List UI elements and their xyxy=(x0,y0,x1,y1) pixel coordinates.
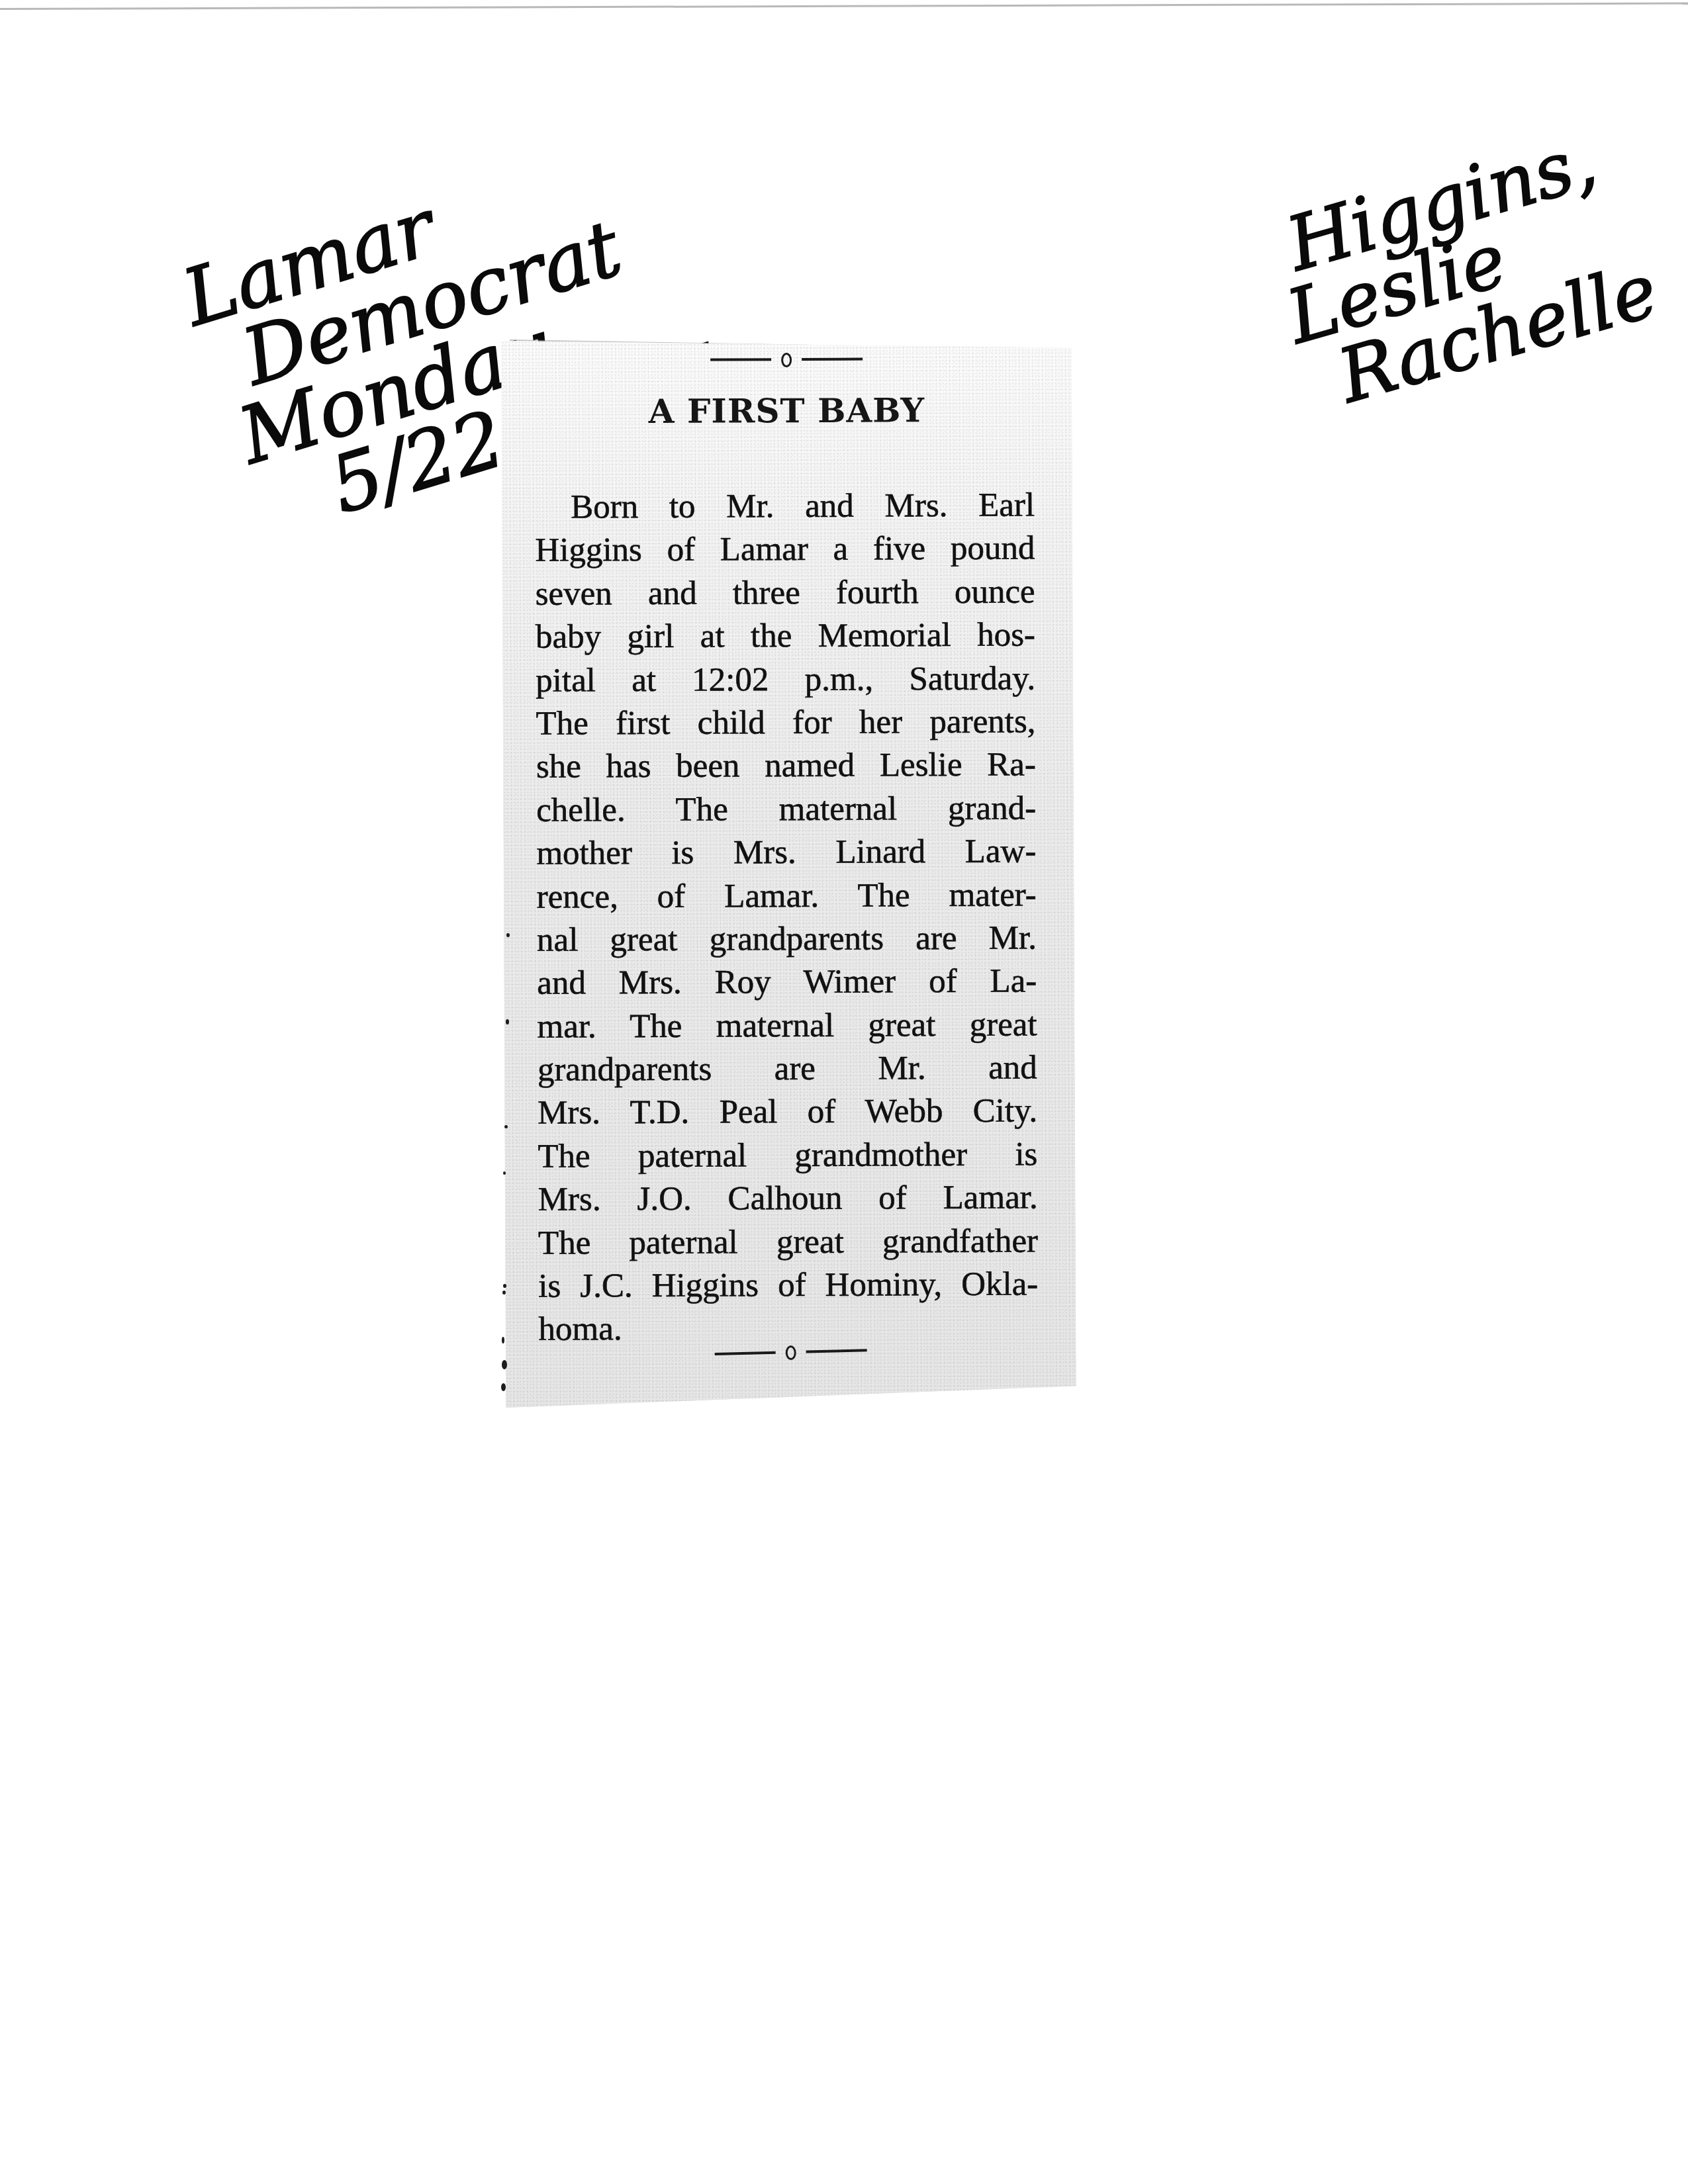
ink-speck xyxy=(503,1284,506,1288)
clipping-body-line: is J.C. Higgins of Hominy, Okla- xyxy=(538,1263,1038,1309)
clipping-body-line: The paternal great grandfather xyxy=(538,1220,1038,1265)
clipping-body-line: The paternal grandmother is xyxy=(538,1133,1037,1179)
newspaper-clipping: A FIRST BABY Born to Mr. and Mrs. EarlHi… xyxy=(501,338,1076,1408)
clipping-body-line: pital at 12:02 p.m., Saturday. xyxy=(536,657,1035,703)
clipping-body-line: Mrs. T.D. Peal of Webb City. xyxy=(538,1090,1037,1136)
handwritten-name-note: Higgins, Leslie Rachelle xyxy=(1261,119,1665,421)
clipping-body-line: rence, of Lamar. The mater- xyxy=(537,874,1037,919)
ink-speck xyxy=(502,1337,504,1343)
clipping-body-line: mother is Mrs. Linard Law- xyxy=(536,831,1036,876)
scanner-edge-line xyxy=(0,3,1688,10)
clipping-body-line: mar. The maternal great great xyxy=(537,1003,1037,1049)
ink-speck xyxy=(506,1019,509,1024)
clipping-body-line: seven and three fourth ounce xyxy=(536,570,1035,616)
clipping-body-line: grandparents are Mr. and xyxy=(538,1047,1037,1093)
ink-speck xyxy=(504,1125,508,1128)
ink-speck xyxy=(501,1383,506,1391)
clipping-body-line: and Mrs. Roy Wimer of La- xyxy=(537,960,1037,1006)
clipping-body-line: chelle. The maternal grand- xyxy=(536,787,1036,833)
ink-speck xyxy=(506,933,510,937)
clipping-body-line: she has been named Leslie Ra- xyxy=(536,744,1036,790)
ink-speck xyxy=(502,1360,507,1369)
ink-speck xyxy=(502,1291,506,1295)
clipping-body-line: Mrs. J.O. Calhoun of Lamar. xyxy=(538,1177,1038,1222)
clipping-body-line: Higgins of Lamar a five pound xyxy=(535,527,1035,573)
clipping-body-line: baby girl at the Memorial hos- xyxy=(536,614,1035,660)
ink-speck xyxy=(503,1171,506,1175)
clipping-body-line: nal great grandparents are Mr. xyxy=(537,917,1037,962)
clipping-headline: A FIRST BABY xyxy=(501,390,1072,432)
clipping-body: Born to Mr. and Mrs. EarlHiggins of Lama… xyxy=(535,484,1039,1351)
clipping-body-line: Born to Mr. and Mrs. Earl xyxy=(535,484,1035,529)
clipping-body-line: The first child for her parents, xyxy=(536,700,1035,746)
ornament-divider-icon xyxy=(710,353,863,367)
